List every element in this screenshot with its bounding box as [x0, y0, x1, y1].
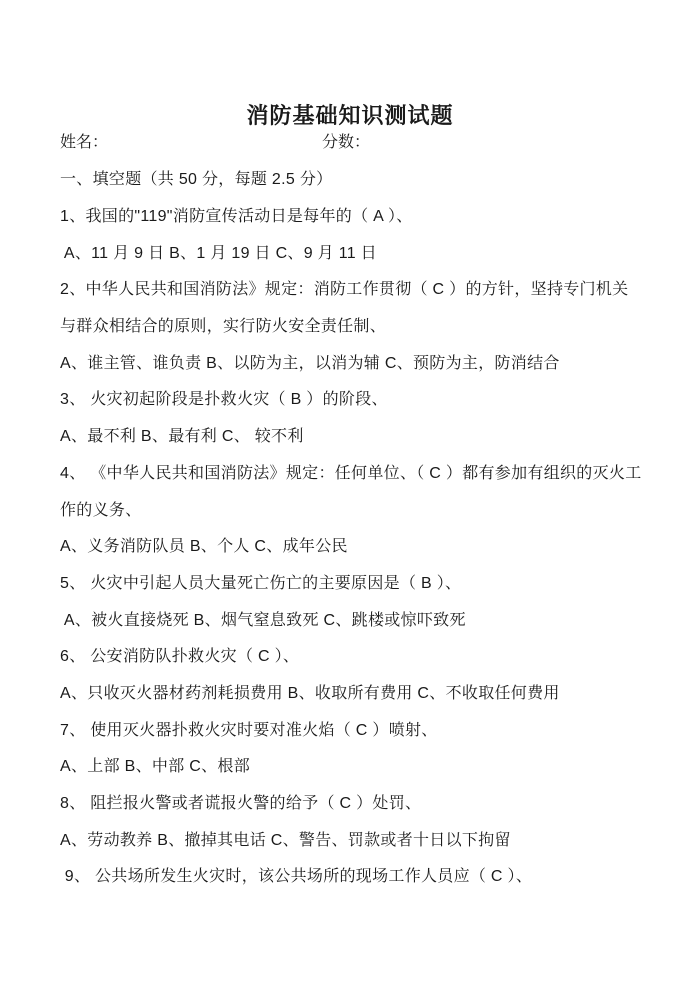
question-5: 5、 火灾中引起人员大量死亡伤亡的主要原因是（ B ）、	[60, 566, 660, 603]
question-9: 9、 公共场所发生火灾时，该公共场所的现场工作人员应（ C ）、	[60, 859, 660, 896]
score-label: 分数：	[322, 131, 370, 155]
question-5-options: A、被火直接烧死 B、烟气窒息致死 C、跳楼或惊吓致死	[60, 603, 660, 640]
question-6-options: A、只收灭火器材药剂耗损费用 B、收取所有费用 C、不收取任何费用	[60, 676, 660, 713]
question-4-continued: 作的义务、	[60, 493, 660, 530]
question-lines: 1、我国的"119"消防宣传活动日是每年的（ A ）、 A、11 月 9 日 B…	[60, 199, 660, 896]
question-8-options: A、劳动教养 B、撤掉其电话 C、警告、罚款或者十日以下拘留	[60, 823, 660, 860]
document-page: 消防基础知识测试题 姓名： 分数： 一、填空题（共 50 分，每题 2.5 分）…	[0, 0, 700, 990]
section-heading: 一、填空题（共 50 分，每题 2.5 分）	[60, 168, 332, 192]
meta-row: 姓名： 分数：	[60, 131, 640, 155]
page-title: 消防基础知识测试题	[0, 101, 700, 131]
question-3-options: A、最不利 B、最有利 C、 较不利	[60, 419, 660, 456]
question-6: 6、 公安消防队扑救火灾（ C ）、	[60, 639, 660, 676]
question-7-options: A、上部 B、中部 C、根部	[60, 749, 660, 786]
question-7: 7、 使用灭火器扑救火灾时要对准火焰（ C ）喷射、	[60, 713, 660, 750]
question-4-options: A、义务消防队员 B、个人 C、成年公民	[60, 529, 660, 566]
question-1-options: A、11 月 9 日 B、1 月 19 日 C、9 月 11 日	[60, 236, 660, 273]
question-1: 1、我国的"119"消防宣传活动日是每年的（ A ）、	[60, 199, 660, 236]
question-2: 2、中华人民共和国消防法》规定：消防工作贯彻（ C ）的方针，坚持专门机关	[60, 272, 660, 309]
name-label: 姓名：	[60, 134, 108, 151]
question-8: 8、 阻拦报火警或者谎报火警的给予（ C ）处罚、	[60, 786, 660, 823]
question-4: 4、 《中华人民共和国消防法》规定：任何单位、（ C ）都有参加有组织的灭火工	[60, 456, 660, 493]
question-3: 3、 火灾初起阶段是扑救火灾（ B ）的阶段、	[60, 382, 660, 419]
question-2-continued: 与群众相结合的原则，实行防火安全责任制、	[60, 309, 660, 346]
question-2-options: A、谁主管、谁负责 B、以防为主，以消为辅 C、预防为主，防消结合	[60, 346, 660, 383]
